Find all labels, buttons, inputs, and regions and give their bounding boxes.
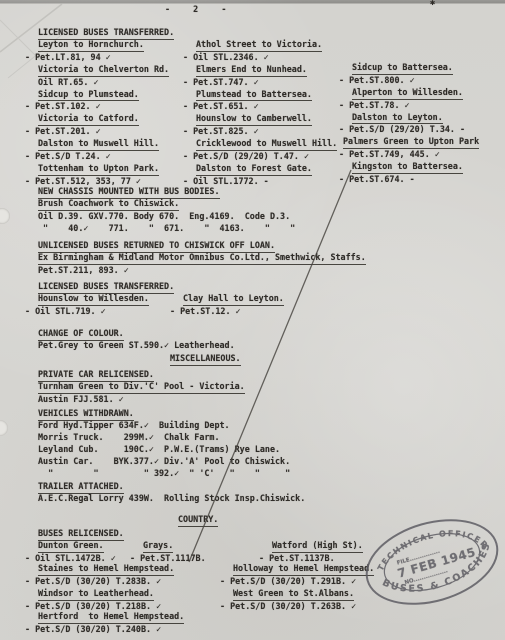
route-line: Watford (High St). <box>272 540 363 553</box>
fleet-number-line: - Pet.ST.12. ✓ <box>170 306 284 318</box>
route-line: Hounslow to Camberwell. <box>196 113 312 126</box>
vehicle-line: Austin Car. BYK.377.✓ Div.'A' Pool to Ch… <box>38 456 290 468</box>
fleet-number-line: - Pet.ST.651. ✓ <box>183 101 337 113</box>
route-line: Victoria to Catford. <box>38 113 139 126</box>
section-heading: LICENSED BUSES TRANSFERRED. <box>38 27 174 40</box>
new-chassis-block: Brush Coachwork to Chiswick. Oil D.39. G… <box>38 198 295 235</box>
route-line: Hertford to Hemel Hempstead. <box>38 611 184 624</box>
fleet-number-line: Oil RT.65. ✓ <box>38 77 169 89</box>
fleet-number-line: - Pet.S/D (30/20) T.283B. ✓ <box>25 576 174 588</box>
punch-hole <box>0 420 8 436</box>
fleet-number-line: - Pet.ST.201. ✓ <box>25 126 169 138</box>
section-heading: MISCELLANEOUS. <box>170 353 241 366</box>
route-line: Windsor to Leatherhead. <box>38 588 154 601</box>
relicensed-column-b2: Holloway to Hemel Hempstead. - Pet.S/D (… <box>233 563 374 613</box>
relicensed-column-a2: Grays. - Pet.ST.1117B. <box>143 540 206 565</box>
route-line: Dalston to Leyton. <box>352 112 443 125</box>
route-line: Hounslow to Willesden. <box>38 293 149 306</box>
punch-hole <box>0 208 10 224</box>
section-heading: UNLICENSED BUSES RETURNED TO CHISWICK OF… <box>38 240 275 253</box>
date-stamp: TECHNICAL OFFICER BUSES & COACHES FILE..… <box>356 512 505 616</box>
fleet-number-line: - Pet.S/D (29/20) T.34. - <box>339 124 479 136</box>
vehicle-line: Ford Hyd.Tipper 634F.✓ Building Dept. <box>38 420 290 432</box>
operator-line: Ex Birmingham & Midland Motor Omnibus Co… <box>38 252 366 265</box>
relicensed-column-c: Hertford to Hemel Hempstead. - Pet.S/D (… <box>38 611 184 636</box>
chassis-detail-line: " 40.✓ 771. " 671. " 4163. " " <box>38 223 295 235</box>
unlicensed-returned-block: Ex Birmingham & Midland Motor Omnibus Co… <box>38 252 366 277</box>
works-line: Brush Coachwork to Chiswick. <box>38 198 179 211</box>
route-line: Alperton to Willesden. <box>352 87 463 100</box>
fleet-number-line: - Pet.ST.747. ✓ <box>183 77 337 89</box>
fleet-number-line: Pet.ST.211, 893. ✓ <box>38 265 366 277</box>
colour-change-line: Pet.Grey to Green ST.590.✓ Leatherhead. <box>38 340 235 352</box>
route-line: Elmers End to Nunhead. <box>196 64 307 77</box>
route-line: Victoria to Chelverton Rd. <box>38 64 169 77</box>
document-page: - 2 - ✱ LICENSED BUSES TRANSFERRED. Leyt… <box>0 0 505 640</box>
vehicle-line: " " " 392.✓ " 'C' " " " <box>38 468 290 480</box>
fleet-number-line: - Oil STL.2346. ✓ <box>183 52 337 64</box>
fleet-number-line: - Pet.ST.749, 445. ✓ <box>339 149 479 161</box>
transfers2-column-2: Clay Hall to Leyton. - Pet.ST.12. ✓ <box>183 293 284 318</box>
section-heading: BUSES RELICENSED. <box>38 528 124 541</box>
fleet-number-line: - Pet.LT.81, 94 ✓ <box>25 52 169 64</box>
fleet-number-line: - Pet.ST.78. ✓ <box>339 100 479 112</box>
route-line: Turnham Green to Div.'C' Pool - Victoria… <box>38 381 245 394</box>
route-line: Holloway to Hemel Hempstead. <box>233 563 374 576</box>
route-line: Leyton to Hornchurch. <box>38 39 144 52</box>
route-line: Cricklewood to Muswell Hill. <box>196 138 337 151</box>
transfers-column-1: Leyton to Hornchurch. - Pet.LT.81, 94 ✓ … <box>38 39 169 188</box>
fleet-number-line: - Oil STL.719. ✓ <box>25 306 149 318</box>
route-line: Dalston to Forest Gate. <box>196 163 312 176</box>
fleet-number-line: - Pet.S/D (29/20) T.47. ✓ <box>183 151 337 163</box>
section-heading: LICENSED BUSES TRANSFERRED. <box>38 281 174 294</box>
fleet-number-line: - Pet.S/D (30/20) T.291B. ✓ <box>220 576 374 588</box>
fleet-number-line: - Pet.ST.102. ✓ <box>25 101 169 113</box>
relicensed-column-a1: Dunton Green. - Oil STL.1472B. ✓ <box>38 540 116 565</box>
vehicle-line: Austin FJJ.581. ✓ <box>38 394 245 406</box>
corner-mark: ✱ <box>430 0 435 9</box>
vehicle-line: Leyland Cub. 190C.✓ P.W.E.(Trams) Rye La… <box>38 444 290 456</box>
route-line: Palmers Green to Upton Park <box>343 136 479 149</box>
fleet-number-line: - Pet.ST.674. - <box>339 174 479 186</box>
fleet-number-line: - Pet.S/D T.24. ✓ <box>25 151 169 163</box>
page-number: - 2 - <box>165 4 228 16</box>
section-heading: PRIVATE CAR RELICENSED. <box>38 369 154 382</box>
route-line: Plumstead to Battersea. <box>196 89 312 102</box>
trailer-line: A.E.C.Regal Lorry 439W. Rolling Stock In… <box>38 493 305 505</box>
route-line: Dalston to Muswell Hill. <box>38 138 159 151</box>
route-line: Tottenham to Upton Park. <box>38 163 159 176</box>
transfers-column-2: Athol Street to Victoria. - Oil STL.2346… <box>196 39 337 188</box>
route-line: Sidcup to Battersea. <box>352 62 453 75</box>
fleet-number-line: - Pet.S/D (30/20) T.263B. ✓ <box>220 601 374 613</box>
section-heading: TRAILER ATTACHED. <box>38 481 124 494</box>
section-heading: COUNTRY. <box>178 514 218 527</box>
relicensed-column-b1: Staines to Hemel Hempstead. - Pet.S/D (3… <box>38 563 174 613</box>
route-line: Sidcup to Plumstead. <box>38 89 139 102</box>
route-line: Clay Hall to Leyton. <box>183 293 284 306</box>
private-car-block: Turnham Green to Div.'C' Pool - Victoria… <box>38 381 245 406</box>
route-line: Staines to Hemel Hempstead. <box>38 563 174 576</box>
route-line: Kingston to Battersea. <box>352 161 463 174</box>
route-line: West Green to St.Albans. <box>233 588 354 601</box>
section-heading: NEW CHASSIS MOUNTED WITH BUS BODIES. <box>38 186 220 199</box>
route-line: Grays. <box>143 540 173 553</box>
route-line: Dunton Green. <box>38 540 104 553</box>
fleet-number-line: - Pet.ST.800. ✓ <box>339 75 479 87</box>
fleet-number-line: - Pet.S/D (30/20) T.240B. ✓ <box>25 624 184 636</box>
section-heading: VEHICLES WITHDRAWN. <box>38 408 134 421</box>
fleet-number-line: - Pet.ST.825. ✓ <box>183 126 337 138</box>
transfers2-column-1: Hounslow to Willesden. - Oil STL.719. ✓ <box>38 293 149 318</box>
section-heading: CHANGE OF COLOUR. <box>38 328 124 341</box>
vehicles-withdrawn-block: Ford Hyd.Tipper 634F.✓ Building Dept. Mo… <box>38 420 290 479</box>
chassis-detail-line: Oil D.39. GXV.770. Body 670. Eng.4169. C… <box>38 211 295 223</box>
route-line: Athol Street to Victoria. <box>196 39 322 52</box>
transfers-column-3: Sidcup to Battersea. - Pet.ST.800. ✓ Alp… <box>352 62 479 186</box>
vehicle-line: Morris Truck. 299M.✓ Chalk Farm. <box>38 432 290 444</box>
relicensed-column-a3: Watford (High St). - Pet.ST.1137B. <box>272 540 363 565</box>
